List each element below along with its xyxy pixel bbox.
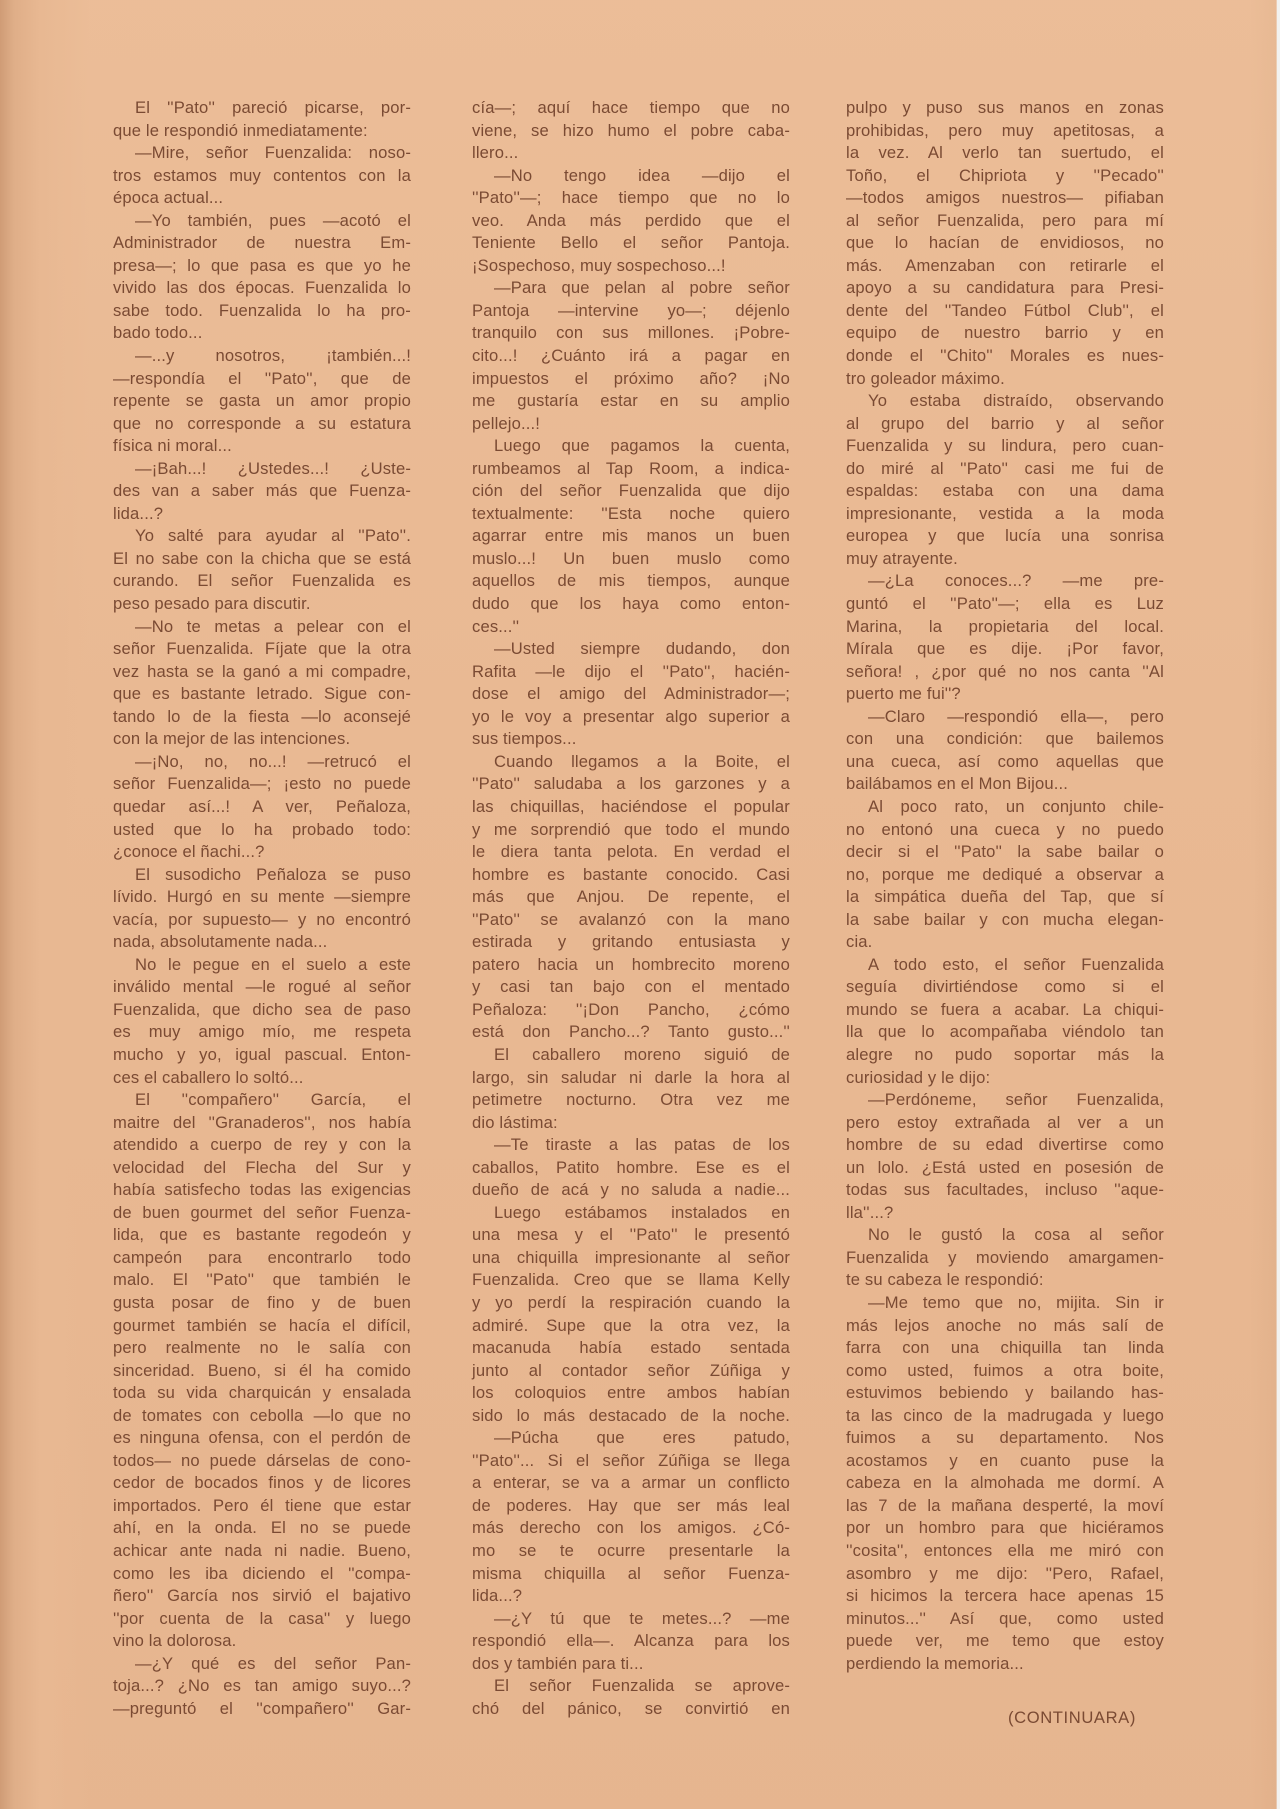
text-line: peso pesado para discutir. (113, 593, 411, 616)
paragraph-start-line: Luego que pagamos la cuenta, (472, 435, 790, 458)
text-line: había satisfecho todas las exigencias (113, 1179, 411, 1202)
text-line: señora! , ¿por qué no nos canta ''Al (846, 661, 1164, 684)
text-line: chó del pánico, se convirtió en (472, 1698, 790, 1721)
text-line: lida, que es bastante regodeón y (113, 1224, 411, 1247)
text-line: muslo...! Un buen muslo como (472, 548, 790, 571)
text-line: de buen gourmet del señor Fuenza- (113, 1202, 411, 1225)
text-line: vacía, por supuesto— y no encontró (113, 909, 411, 932)
text-line: más que Anjou. De repente, el (472, 886, 790, 909)
text-line: un lolo. ¿Está usted en posesión de (846, 1157, 1164, 1180)
text-line: que es bastante letrado. Sigue con- (113, 683, 411, 706)
text-line: Toño, el Chipriota y ''Pecado'' (846, 165, 1164, 188)
text-line: y casi tan bajo con el mentado (472, 976, 790, 999)
paragraph-start-line: El ''compañero'' García, el (113, 1089, 411, 1112)
text-line: impresionante, vestida a la moda (846, 503, 1164, 526)
text-line: es ninguna ofensa, con el perdón de (113, 1427, 411, 1450)
text-line: física ni moral... (113, 435, 411, 458)
text-line: aquellos de mis tiempos, aunque (472, 570, 790, 593)
text-line: textualmente: ''Esta noche quiero (472, 503, 790, 526)
paragraph-start-line: No le pegue en el suelo a este (113, 954, 411, 977)
text-line: sabe todo. Fuenzalida lo ha pro- (113, 300, 411, 323)
paragraph-start-line: —Usted siempre dudando, don (472, 638, 790, 661)
paragraph-start-line: Yo salté para ayudar al ''Pato''. (113, 525, 411, 548)
text-line: dueño de acá y no saluda a nadie... (472, 1179, 790, 1202)
text-line: minutos...'' Así que, como usted (846, 1608, 1164, 1631)
paragraph-start-line: No le gustó la cosa al señor (846, 1224, 1164, 1247)
text-line: no, porque me dediqué a observar a (846, 864, 1164, 887)
text-line: ''Pato''—; hace tiempo que no lo (472, 187, 790, 210)
text-line: —preguntó el ''compañero'' Gar- (113, 1698, 411, 1721)
text-line: prohibidas, pero muy apetitosas, a (846, 120, 1164, 143)
text-line: sinceridad. Bueno, si él ha comido (113, 1360, 411, 1383)
text-line: la vez. Al verlo tan suertudo, el (846, 142, 1164, 165)
text-line: presa—; lo que pasa es que yo he (113, 255, 411, 278)
text-line: quedar así...! A ver, Peñaloza, (113, 796, 411, 819)
paragraph-start-line: —No te metas a pelear con el (113, 616, 411, 639)
paragraph-start-line: Al poco rato, un conjunto chile- (846, 796, 1164, 819)
text-line: más lejos anoche no más salí de (846, 1315, 1164, 1338)
text-line: curando. El señor Fuenzalida es (113, 570, 411, 593)
text-line: estirada y gritando entusiasta y (472, 931, 790, 954)
text-line: con la mejor de las intenciones. (113, 728, 411, 751)
text-line: largo, sin saludar ni darle la hora al (472, 1067, 790, 1090)
text-line: europea y que lucía una sonrisa (846, 525, 1164, 548)
text-line: vivido las dos épocas. Fuenzalida lo (113, 277, 411, 300)
text-line: las chiquillas, haciéndose el popular (472, 796, 790, 819)
text-line: gusta posar de fino y de buen (113, 1292, 411, 1315)
text-line: mundo se fuera a acabar. La chiqui- (846, 999, 1164, 1022)
text-line: y yo perdí la respiración cuando la (472, 1292, 790, 1315)
text-line: —respondía el ''Pato'', que de (113, 368, 411, 391)
text-line: Marina, la propietaria del local. (846, 616, 1164, 639)
text-line: seguía divirtiéndose como si el (846, 976, 1164, 999)
text-line: agarrar entre mis manos un buen (472, 525, 790, 548)
text-line: ñero'' García nos sirvió el bajativo (113, 1585, 411, 1608)
text-line: farra con una chiquilla tan linda (846, 1337, 1164, 1360)
text-line: Pantoja —intervine yo—; déjenlo (472, 300, 790, 323)
text-line: bado todo... (113, 322, 411, 345)
paragraph-start-line: Yo estaba distraído, observando (846, 390, 1164, 413)
text-line: ces el caballero lo soltó... (113, 1067, 411, 1090)
text-line: do miré al ''Pato'' casi me fui de (846, 458, 1164, 481)
text-line: mucho y yo, igual pascual. Enton- (113, 1044, 411, 1067)
text-line: atendido a cuerpo de rey y con la (113, 1134, 411, 1157)
text-line: ta las cinco de la madrugada y luego (846, 1405, 1164, 1428)
text-line: a enterar, se va a armar un conflicto (472, 1472, 790, 1495)
text-line: de poderes. Hay que ser más leal (472, 1495, 790, 1518)
text-line: alegre no pudo soportar más la (846, 1044, 1164, 1067)
text-line: señor Fuenzalida. Fíjate que la otra (113, 638, 411, 661)
text-line: pulpo y puso sus manos en zonas (846, 97, 1164, 120)
text-line: la sabe bailar y con mucha elegan- (846, 909, 1164, 932)
paragraph-start-line: —¿Y tú que te metes...? —me (472, 1608, 790, 1631)
text-line: Fuenzalida y moviendo amargamen- (846, 1247, 1164, 1270)
text-line: sus tiempos... (472, 728, 790, 751)
text-line: mo se te ocurre presentarle la (472, 1540, 790, 1563)
text-line: más derecho con los amigos. ¿Có- (472, 1517, 790, 1540)
text-line: señor Fuenzalida—; ¡esto no puede (113, 773, 411, 796)
text-line: cito...! ¿Cuánto irá a pagar en (472, 345, 790, 368)
text-line: puede ver, me temo que estoy (846, 1630, 1164, 1653)
text-line: al señor Fuenzalida, pero para mí (846, 210, 1164, 233)
paragraph-start-line: El caballero moreno siguió de (472, 1044, 790, 1067)
text-line: patero hacia un hombrecito moreno (472, 954, 790, 977)
text-line: todas sus facultades, incluso ''aque- (846, 1179, 1164, 1202)
text-line: todos— no puede dárselas de cono- (113, 1450, 411, 1473)
text-line: ''cosita'', entonces ella me miró con (846, 1540, 1164, 1563)
paragraph-start-line: El señor Fuenzalida se aprove- (472, 1675, 790, 1698)
text-line: perdiendo la memoria... (846, 1653, 1164, 1676)
text-line: El no sabe con la chicha que se está (113, 548, 411, 571)
text-line: si hicimos la tercera hace apenas 15 (846, 1585, 1164, 1608)
text-line: inválido mental —le rogué al señor (113, 976, 411, 999)
text-line: caballos, Patito hombre. Ese es el (472, 1157, 790, 1180)
text-line: ''Pato''... Si el señor Zúñiga se llega (472, 1450, 790, 1473)
text-line: ''por cuenta de la casa'' y luego (113, 1608, 411, 1631)
text-line: donde el ''Chito'' Morales es nues- (846, 345, 1164, 368)
text-line: con una condición: que bailemos (846, 728, 1164, 751)
text-line: usted que lo ha probado todo: (113, 819, 411, 842)
text-line: cia. (846, 931, 1164, 954)
paragraph-start-line: —Para que pelan al pobre señor (472, 277, 790, 300)
text-column-2: cía—; aquí hace tiempo que noviene, se h… (472, 97, 790, 1720)
text-line: que no corresponde a su estatura (113, 413, 411, 436)
text-line: que lo hacían de envidiosos, no (846, 232, 1164, 255)
text-line: los coloquios entre ambos habían (472, 1382, 790, 1405)
text-line: Fuenzalida y su lindura, pero cuan- (846, 435, 1164, 458)
text-line: pero estoy extrañada al ver a un (846, 1112, 1164, 1135)
paragraph-start-line: —Púcha que eres patudo, (472, 1427, 790, 1450)
text-line: nada, absolutamente nada... (113, 931, 411, 954)
text-line: ción del señor Fuenzalida que dijo (472, 480, 790, 503)
text-line: pellejo...! (472, 413, 790, 436)
text-line: vino la dolorosa. (113, 1630, 411, 1653)
text-line: lida...? (113, 503, 411, 526)
text-line: tros estamos muy contentos con la (113, 165, 411, 188)
paragraph-start-line: Luego estábamos instalados en (472, 1202, 790, 1225)
text-line: muy atrayente. (846, 548, 1164, 571)
text-line: la simpática dueña del Tap, que sí (846, 886, 1164, 909)
text-line: curiosidad y le dijo: (846, 1067, 1164, 1090)
text-line: Peñaloza: ''¡Don Pancho, ¿cómo (472, 999, 790, 1022)
text-line: yo le voy a presentar algo superior a (472, 706, 790, 729)
text-line: respondió ella—. Alcanza para los (472, 1630, 790, 1653)
text-line: bailábamos en el Mon Bijou... (846, 773, 1164, 796)
text-line: que le respondió inmediatamente: (113, 120, 411, 143)
text-line: ''Pato'' saludaba a los garzones y a (472, 773, 790, 796)
paragraph-start-line: —¡Bah...! ¿Ustedes...! ¿Uste- (113, 458, 411, 481)
text-line: al grupo del barrio y al señor (846, 413, 1164, 436)
text-line: decir si el ''Pato'' la sabe bailar o (846, 841, 1164, 864)
paragraph-start-line: —No tengo idea —dijo el (472, 165, 790, 188)
text-line: guntó el ''Pato''—; ella es Luz (846, 593, 1164, 616)
text-line: junto al contador señor Zúñiga y (472, 1360, 790, 1383)
text-line: tro goleador máximo. (846, 368, 1164, 391)
text-line: des van a saber más que Fuenza- (113, 480, 411, 503)
text-column-3: pulpo y puso sus manos en zonasprohibida… (846, 97, 1164, 1675)
text-line: ahí, en la onda. El no se puede (113, 1517, 411, 1540)
text-line: rumbeamos al Tap Room, a indica- (472, 458, 790, 481)
text-line: acostamos y en cuanto puse la (846, 1450, 1164, 1473)
text-line: puerto me fui''? (846, 683, 1164, 706)
paragraph-start-line: Cuando llegamos a la Boite, el (472, 751, 790, 774)
text-line: toja...? ¿No es tan amigo suyo...? (113, 1675, 411, 1698)
text-line: de tomates con cebolla —lo que no (113, 1405, 411, 1428)
text-line: Rafita —le dijo el ''Pato'', hacién- (472, 661, 790, 684)
text-line: pero realmente no le salía con (113, 1337, 411, 1360)
text-line: las 7 de la mañana desperté, la moví (846, 1495, 1164, 1518)
text-line: vez hasta se la ganó a mi compadre, (113, 661, 411, 684)
text-line: repente se gasta un amor propio (113, 390, 411, 413)
text-line: hombre es bastante conocido. Casi (472, 864, 790, 887)
text-line: cabeza en la almohada me dormí. A (846, 1472, 1164, 1495)
text-line: ces...'' (472, 616, 790, 639)
text-line: ''Pato'' se avalanzó con la mano (472, 909, 790, 932)
text-line: está don Pancho...? Tanto gusto...'' (472, 1021, 790, 1044)
text-line: —todos amigos nuestros— pifiaban (846, 187, 1164, 210)
text-line: dente del ''Tandeo Fútbol Club'', el (846, 300, 1164, 323)
text-line: impuestos el próximo año? ¡No (472, 368, 790, 391)
text-line: más. Amenzaban con retirarle el (846, 255, 1164, 278)
text-line: una cueca, así como aquellas que (846, 751, 1164, 774)
text-line: Administrador de nuestra Em- (113, 232, 411, 255)
text-line: es muy amigo mío, me respeta (113, 1021, 411, 1044)
paragraph-start-line: A todo esto, el señor Fuenzalida (846, 954, 1164, 977)
text-line: una mesa y el ''Pato'' le presentó (472, 1224, 790, 1247)
text-line: espaldas: estaba con una dama (846, 480, 1164, 503)
text-line: dos y también para ti... (472, 1653, 790, 1676)
text-line: hombre de su edad divertirse como (846, 1134, 1164, 1157)
paragraph-start-line: —...y nosotros, ¡también...! (113, 345, 411, 368)
text-line: lla que lo acompañaba viéndolo tan (846, 1021, 1164, 1044)
text-line: Fuenzalida, que dicho sea de paso (113, 999, 411, 1022)
text-line: una chiquilla impresionante al señor (472, 1247, 790, 1270)
text-line: campeón para encontrarlo todo (113, 1247, 411, 1270)
text-line: Teniente Bello el señor Pantoja. (472, 232, 790, 255)
paragraph-start-line: —¡No, no, no...! —retrucó el (113, 751, 411, 774)
continuation-notice: (CONTINUARA) (1008, 1708, 1136, 1728)
text-line: como les iba diciendo el ''compa- (113, 1563, 411, 1586)
text-line: velocidad del Flecha del Sur y (113, 1157, 411, 1180)
text-line: admiré. Supe que la otra vez, la (472, 1315, 790, 1338)
text-line: apoyo a su candidatura para Presi- (846, 277, 1164, 300)
paragraph-start-line: El ''Pato'' pareció picarse, por- (113, 97, 411, 120)
text-line: te su cabeza le respondió: (846, 1269, 1164, 1292)
text-line: macanuda había estado sentada (472, 1337, 790, 1360)
text-line: sido lo más destacado de la noche. (472, 1405, 790, 1428)
paragraph-start-line: —Te tiraste a las patas de los (472, 1134, 790, 1157)
paragraph-start-line: —¿Y qué es del señor Pan- (113, 1653, 411, 1676)
text-line: lla''...? (846, 1202, 1164, 1225)
text-line: estuvimos bebiendo y bailando has- (846, 1382, 1164, 1405)
text-line: tranquilo con sus millones. ¡Pobre- (472, 322, 790, 345)
text-line: gourmet también se hacía el difícil, (113, 1315, 411, 1338)
text-line: maitre del ''Granaderos'', nos había (113, 1112, 411, 1135)
text-line: y me sorprendió que todo el mundo (472, 819, 790, 842)
paragraph-start-line: —¿La conoces...? —me pre- (846, 570, 1164, 593)
text-line: ¡Sospechoso, muy sospechoso...! (472, 255, 790, 278)
text-line: achicar ante nada ni nadie. Bueno, (113, 1540, 411, 1563)
paragraph-start-line: —Mire, señor Fuenzalida: noso- (113, 142, 411, 165)
text-line: le diera tanta pelota. En verdad el (472, 841, 790, 864)
paragraph-start-line: —Yo también, pues —acotó el (113, 210, 411, 233)
text-line: fuimos a su departamento. Nos (846, 1427, 1164, 1450)
text-line: tando lo de la fiesta —lo aconsejé (113, 706, 411, 729)
text-line: por un hombro para que hiciéramos (846, 1517, 1164, 1540)
paragraph-start-line: —Me temo que no, mijita. Sin ir (846, 1292, 1164, 1315)
text-line: dudo que los haya como enton- (472, 593, 790, 616)
text-line: veo. Anda más perdido que el (472, 210, 790, 233)
text-line: cía—; aquí hace tiempo que no (472, 97, 790, 120)
text-line: como usted, fuimos a otra boite, (846, 1360, 1164, 1383)
text-line: petimetre nocturno. Otra vez me (472, 1089, 790, 1112)
text-line: equipo de nuestro barrio y en (846, 322, 1164, 345)
text-line: Mírala que es dije. ¡Por favor, (846, 638, 1164, 661)
text-line: ¿conoce el ñachi...? (113, 841, 411, 864)
text-line: no entonó una cueca y no puedo (846, 819, 1164, 842)
text-line: llero... (472, 142, 790, 165)
text-line: dio lástima: (472, 1112, 790, 1135)
text-line: dose el amigo del Administrador—; (472, 683, 790, 706)
text-line: cedor de bocados finos y de licores (113, 1472, 411, 1495)
text-line: época actual... (113, 187, 411, 210)
text-line: toda su vida charquicán y ensalada (113, 1382, 411, 1405)
paragraph-start-line: —Perdóneme, señor Fuenzalida, (846, 1089, 1164, 1112)
text-column-1: El ''Pato'' pareció picarse, por-que le … (113, 97, 411, 1720)
text-line: me gustaría estar en su amplio (472, 390, 790, 413)
text-line: viene, se hizo humo el pobre caba- (472, 120, 790, 143)
paragraph-start-line: El susodicho Peñaloza se puso (113, 864, 411, 887)
text-line: lívido. Hurgó en su mente —siempre (113, 886, 411, 909)
text-line: misma chiquilla al señor Fuenza- (472, 1563, 790, 1586)
text-line: asombro y me dijo: ''Pero, Rafael, (846, 1563, 1164, 1586)
text-line: Fuenzalida. Creo que se llama Kelly (472, 1269, 790, 1292)
text-line: importados. Pero él tiene que estar (113, 1495, 411, 1518)
paragraph-start-line: —Claro —respondió ella—, pero (846, 706, 1164, 729)
text-line: malo. El ''Pato'' que también le (113, 1269, 411, 1292)
text-line: lida...? (472, 1585, 790, 1608)
